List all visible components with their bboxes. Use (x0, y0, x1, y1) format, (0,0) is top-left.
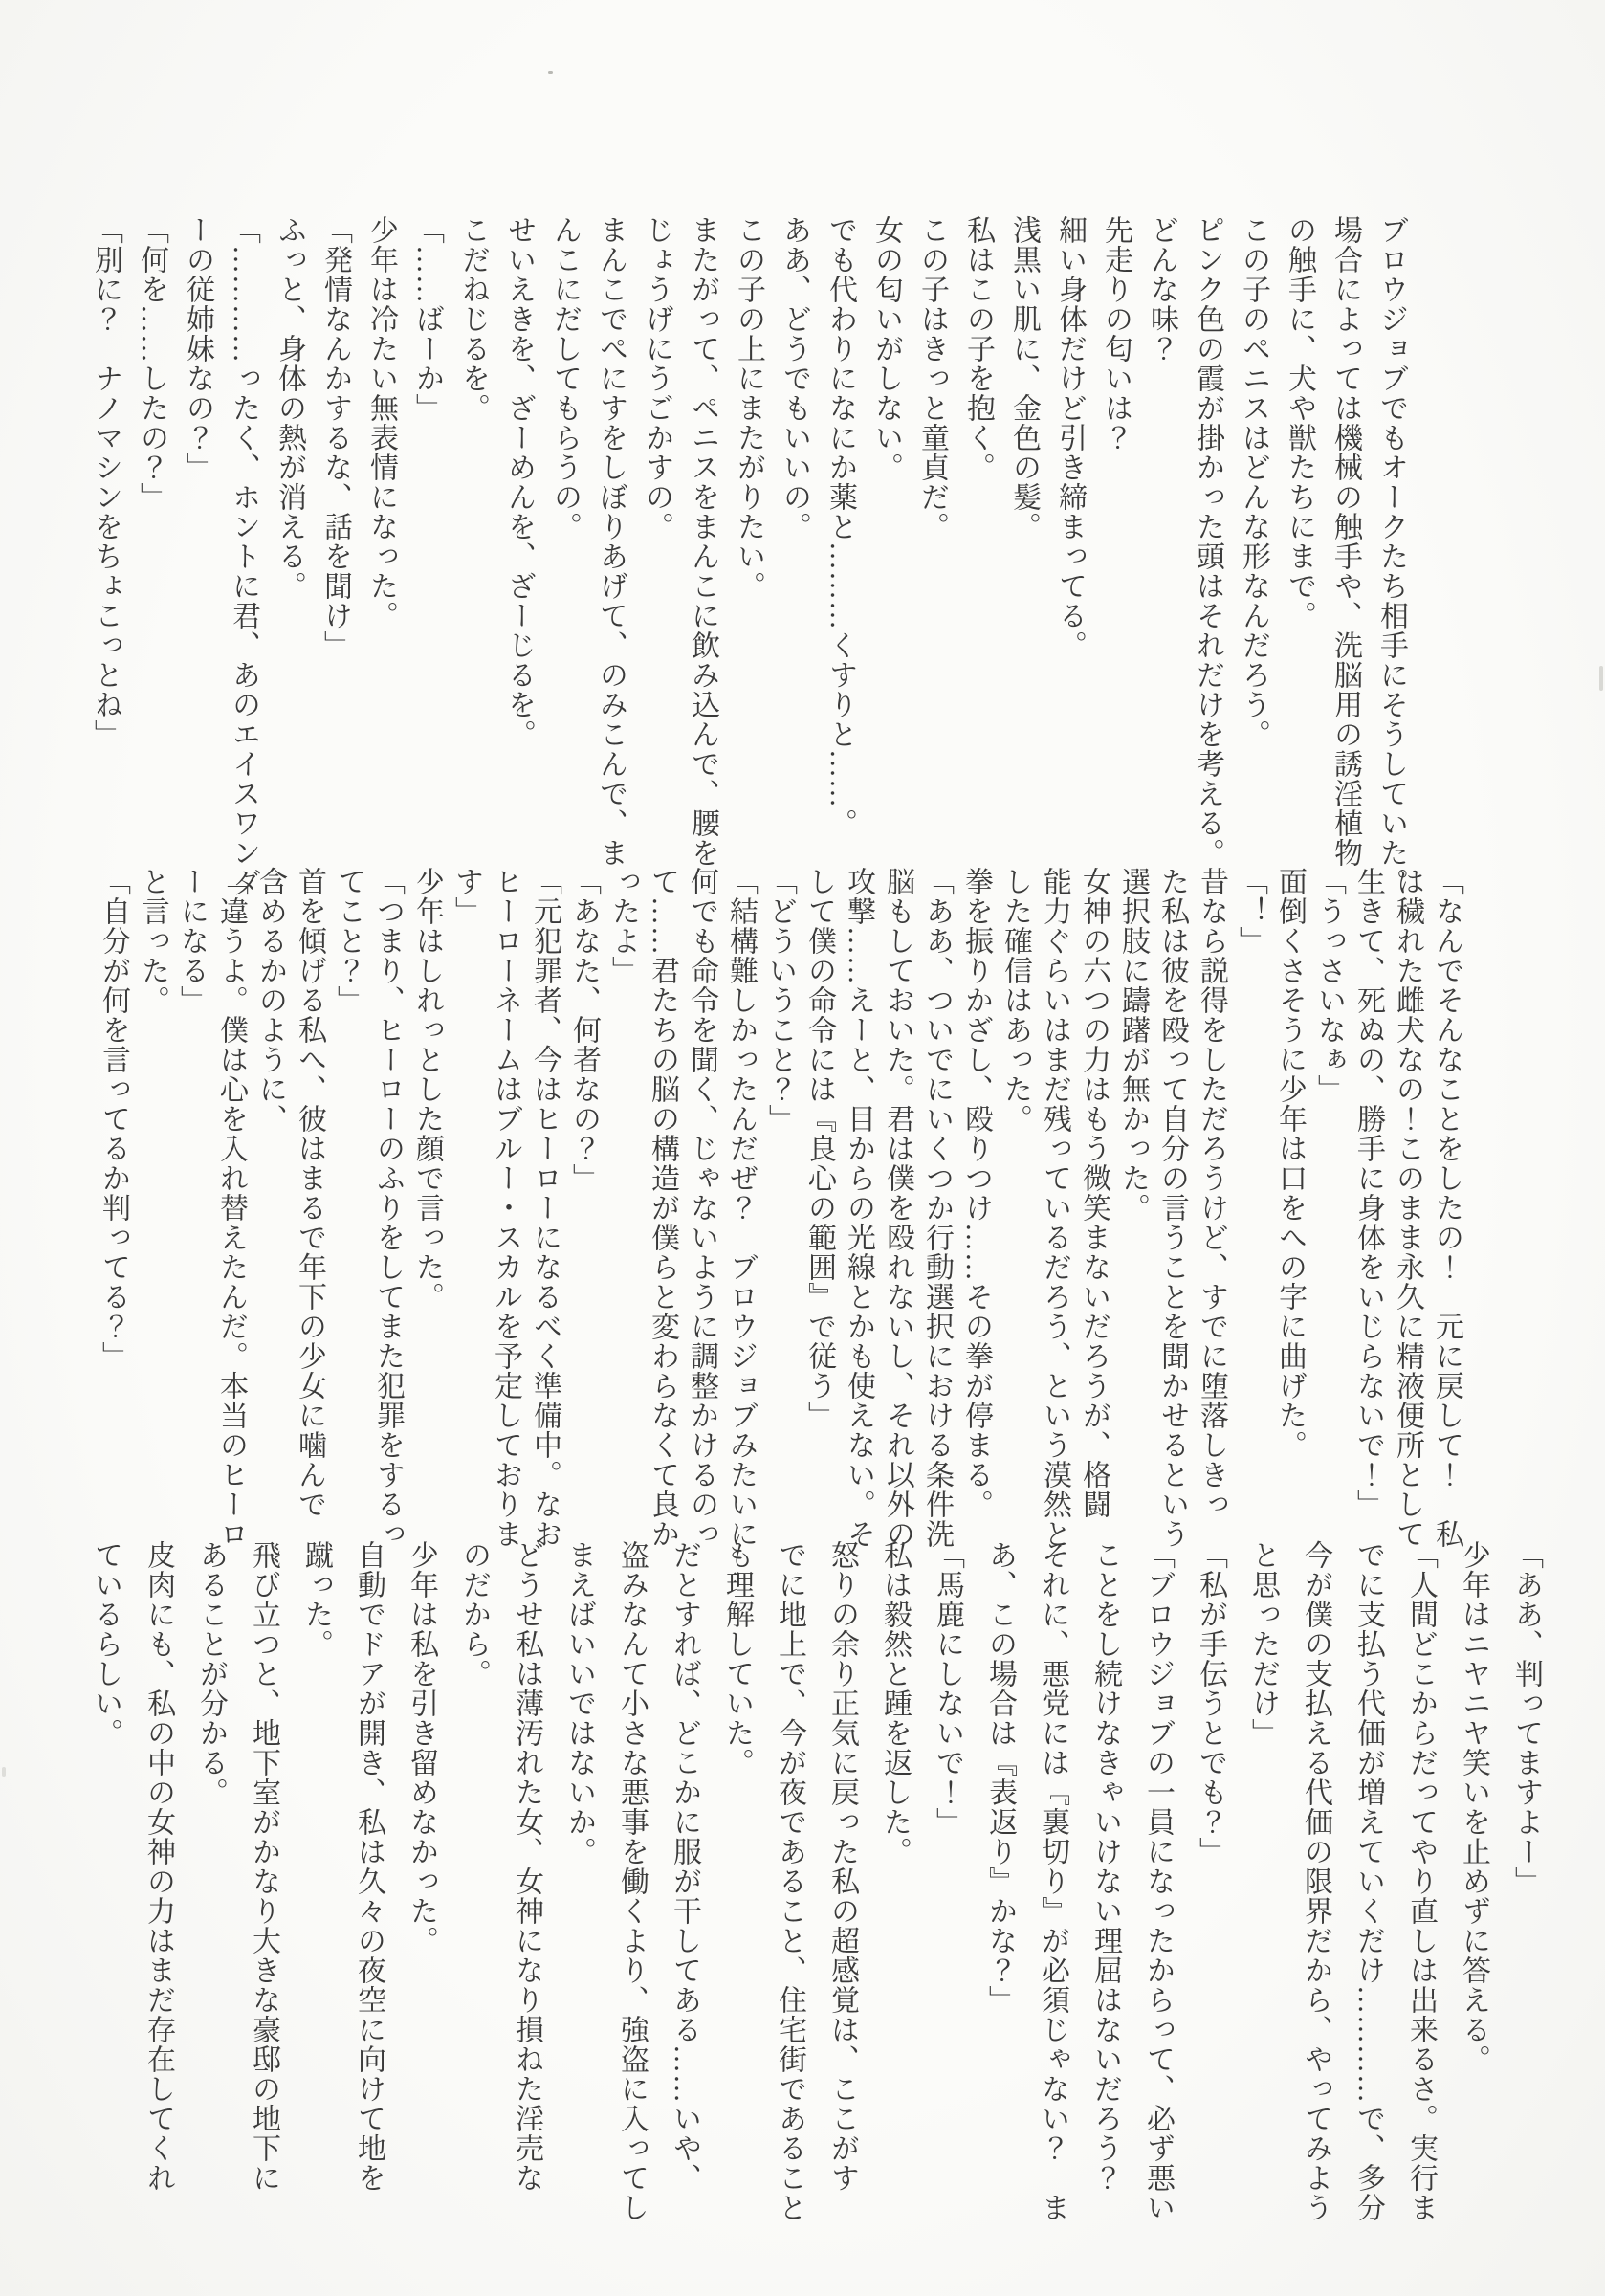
text-column: 拳を振りかざし、殴りつけ……その拳が停まる。 (956, 867, 996, 1551)
text-column: と言った。 (133, 867, 172, 1551)
text-column: 「私が手伝うとでも？」 (1184, 1540, 1237, 2224)
text-column: 選択肢に躊躇が無かった。 (1113, 867, 1153, 1551)
text-column: 少年はニヤニヤ笑いを止めずに答える。 (1447, 1540, 1500, 2224)
text-column: んこにだしてもらうの。 (541, 215, 587, 885)
text-column: 「ああ、ついでにいくつか行動選択における条件洗 (917, 867, 956, 1551)
text-column: 女神の六つの力はもう微笑まないだろうが、格闘 (1074, 867, 1113, 1551)
text-column: ああ、どうでもいいの。 (771, 215, 817, 885)
text-column: ブロウジョブでもオークたち相手にそうしていた。 (1368, 215, 1414, 885)
text-column: す」 (447, 867, 486, 1551)
text-column: の触手に、犬や獣たちにまで。 (1276, 215, 1322, 885)
text-column: またがって、ペニスをまんこに飲み込んで、腰を (679, 215, 725, 885)
text-column: 「あなた、何者なの？」 (564, 867, 604, 1551)
text-column: 女の匂いがしない。 (863, 215, 909, 885)
text-column: 蹴った。 (290, 1540, 342, 2224)
text-column: と思っただけ」 (1237, 1540, 1289, 2224)
text-column: 「つまり、ヒーローのふりをしてまた犯罪をするっ (368, 867, 407, 1551)
text-column: 飛び立つと、地下室がかなり大きな豪邸の地下に (237, 1540, 290, 2224)
text-column: ヒーローネームはブルー・スカルを予定しておりま (486, 867, 525, 1551)
text-column: てこと？」 (329, 867, 368, 1551)
text-column: せいえきを、ざーめんを、ざーじるを。 (495, 215, 541, 885)
text-column: は穢れた雌犬なの！このまま永久に精液便所として (1388, 867, 1427, 1551)
text-section-bottom: 「ああ、判ってますよー」少年はニヤニヤ笑いを止めずに答える。「人間どこからだって… (79, 1540, 1552, 2224)
text-column: 盗みなんて小さな悪事を働くより、強盗に入ってし (605, 1540, 658, 2224)
text-column: 「人間どこからだってやり直しは出来るさ。実行ま (1395, 1540, 1447, 2224)
text-column: ったよ」 (604, 867, 643, 1551)
text-column: 能力ぐらいはまだ残っているだろう、という漠然と (1035, 867, 1074, 1551)
text-column: ーになる」 (172, 867, 211, 1551)
scan-speck (2, 1767, 6, 1777)
text-column: まえばいいではないか。 (553, 1540, 605, 2224)
text-column: 「別に？ ナノマシンをちょこっとね」 (82, 215, 128, 885)
text-column: それに、悪党には『裏切り』が必須じゃない？ ま (1026, 1540, 1079, 2224)
text-column: 少年は私を引き留めなかった。 (395, 1540, 448, 2224)
text-column: 皮肉にも、私の中の女神の力はまだ存在してくれ (132, 1540, 185, 2224)
text-column: 「違うよ。僕は心を入れ替えたんだ。本当のヒーロ (211, 867, 251, 1551)
text-column: も理解していた。 (711, 1540, 763, 2224)
text-column: 何でも命令を聞く、じゃないように調整かけるのっ (682, 867, 721, 1551)
text-column: ことをし続けなきゃいけない理屈はないだろう？ (1079, 1540, 1132, 2224)
text-column: 「ブロウジョブの一員になったからって、必ず悪い (1132, 1540, 1184, 2224)
text-column: して僕の命令には『良心の範囲』で従う」 (800, 867, 839, 1551)
text-column: 脳もしておいた。君は僕を殴れないし、それ以外の (878, 867, 917, 1551)
text-section-middle: 「なんでそんなことをしたの！ 元に戻して！ 私は穢れた雌犬なの！このまま永久に精… (94, 867, 1466, 1551)
text-section-top: ブロウジョブでもオークたち相手にそうしていた。場合によっては機械の触手や、洗脳用… (82, 215, 1414, 885)
text-column: 今が僕の支払える代価の限界だから、やってみよう (1289, 1540, 1342, 2224)
text-column: ーの従姉妹なの？」 (174, 215, 220, 885)
text-column: 含めるかのように、 (251, 867, 290, 1551)
text-column: した確信はあった。 (996, 867, 1035, 1551)
scan-speck (548, 71, 553, 74)
text-column: だとすれば、どこかに服が干してある……いや、 (658, 1540, 711, 2224)
text-column: どうせ私は薄汚れた女、女神になり損ねた淫売な (500, 1540, 553, 2224)
text-column: 少年は冷たい無表情になった。 (358, 215, 404, 885)
text-column: 場合によっては機械の触手や、洗脳用の誘淫植物 (1322, 215, 1368, 885)
text-column: ピンク色の霞が掛かった頭はそれだけを考える。 (1184, 215, 1230, 885)
text-column: 細い身体だけど引き締まってる。 (1046, 215, 1092, 885)
text-column: 自動でドアが開き、私は久々の夜空に向けて地を (342, 1540, 395, 2224)
text-column: 生きて、死ぬの、勝手に身体をいじらないで！」 (1349, 867, 1388, 1551)
text-column: 少年はしれっとした顔で言った。 (407, 867, 447, 1551)
text-column: た私は彼を殴って自分の言うことを聞かせるという (1153, 867, 1192, 1551)
text-column: 昔なら説得をしただろうけど、すでに堕落しきっ (1192, 867, 1231, 1551)
text-column: 「自分が何を言ってるか判ってる？」 (94, 867, 133, 1551)
text-column: どんな味？ (1138, 215, 1184, 885)
text-column: 私はこの子を抱く。 (955, 215, 1000, 885)
text-column: この子の上にまたがりたい。 (725, 215, 771, 885)
text-column: 攻撃……えーと、目からの光線とかも使えない。そ (839, 867, 878, 1551)
text-column: て……君たちの脳の構造が僕らと変わらなくて良か (643, 867, 682, 1551)
text-column: あることが分かる。 (185, 1540, 237, 2224)
scan-speck (1599, 666, 1603, 691)
text-column: ているらしい。 (79, 1540, 132, 2224)
text-column: この子のペニスはどんな形なんだろう。 (1230, 215, 1276, 885)
text-column: 「何を……したの？」 (128, 215, 174, 885)
text-column: 「うっさいなぁ」 (1309, 867, 1349, 1551)
text-column: でも代わりになにか薬と………くすりと……。 (817, 215, 863, 885)
text-column: 「元犯罪者、今はヒーローになるべく準備中。なお (525, 867, 564, 1551)
text-column: 浅黒い肌に、金色の髪。 (1000, 215, 1046, 885)
text-column: ふっと、身体の熱が消える。 (266, 215, 312, 885)
text-column: じょうげにうごかすの。 (633, 215, 679, 885)
text-column: 「結構難しかったんだぜ？ ブロウジョブみたいに (721, 867, 760, 1551)
text-column: 「……ばーか」 (404, 215, 450, 885)
text-column: でに地上で、今が夜であること、住宅街であること (763, 1540, 816, 2224)
text-column: こだねじるを。 (450, 215, 495, 885)
text-column: 面倒くさそうに少年は口をへの字に曲げた。 (1270, 867, 1309, 1551)
text-column: でに支払う代価が増えていくだけ…………で、多分 (1342, 1540, 1395, 2224)
text-column: のだから。 (448, 1540, 500, 2224)
text-column: 「…………ったく、ホントに君、あのエイスワンダ (220, 215, 266, 885)
text-column: 先走りの匂いは？ (1092, 215, 1138, 885)
text-column: 「！」 (1231, 867, 1270, 1551)
text-column: 「なんでそんなことをしたの！ 元に戻して！ 私 (1427, 867, 1466, 1551)
text-column: あ、この場合は『表返り』かな？」 (974, 1540, 1026, 2224)
text-column: 「ああ、判ってますよー」 (1500, 1540, 1552, 2224)
text-column: 怒りの余り正気に戻った私の超感覚は、ここがす (816, 1540, 868, 2224)
text-column: この子はきっと童貞だ。 (909, 215, 955, 885)
text-column: 私は毅然と踵を返した。 (868, 1540, 921, 2224)
text-column: 「どういうこと？」 (760, 867, 800, 1551)
text-column: 「発情なんかするな、話を聞け」 (312, 215, 358, 885)
scanned-page: ブロウジョブでもオークたち相手にそうしていた。場合によっては機械の触手や、洗脳用… (0, 0, 1605, 2296)
text-column: 「馬鹿にしないで！」 (921, 1540, 974, 2224)
text-column: 首を傾げる私へ、彼はまるで年下の少女に噛んで (290, 867, 329, 1551)
text-column: まんこでぺにすをしぼりあげて、のみこんで、ま (587, 215, 633, 885)
